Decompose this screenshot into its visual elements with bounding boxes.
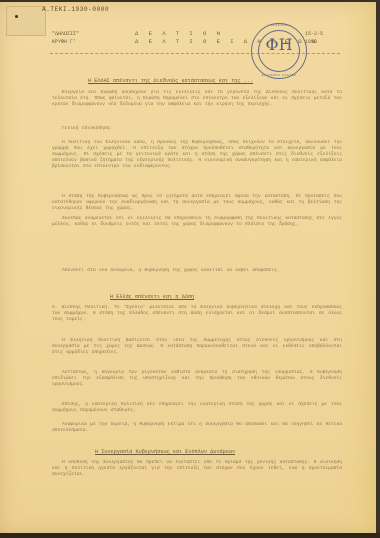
header-left-line-1: "ΔΗΛΩΣΙΣ": [52, 30, 79, 38]
section-title: Η ΕΛΛΑΣ απέναντι της Διεθνούς κατάστασεω…: [88, 78, 253, 84]
paragraph: Αναφορικά με την πορεία, η Κυβέρνηση εκτ…: [52, 422, 342, 446]
header-right-line-1: 15-2-5: [305, 30, 323, 38]
stamp-monogram-icon: ΦΗ: [252, 35, 306, 54]
archive-label: [6, 6, 46, 36]
header-right: 15-2-5 1950: [305, 30, 323, 46]
paragraph: Συνεπώς αναμένεται ότι οι εξελίξεις θα ε…: [52, 216, 342, 266]
paragraph: Η πολιτική του Ελληνικού λαού, η πρόοδος…: [52, 140, 342, 190]
header-left: "ΔΗΛΩΣΙΣ" ΚΡΥΦΗ Γ': [52, 30, 79, 46]
section-title: Η Ελλάς απέναντι και η Δύση: [110, 294, 194, 300]
archive-dot-icon: [15, 15, 18, 18]
document-page: A.TEKI.1930-0000 "ΔΗΛΩΣΙΣ" ΚΡΥΦΗ Γ' Δ Ε …: [0, 2, 376, 534]
paragraph: Η υπόθεση της Συνεργασίας θα πρέπει να ε…: [52, 460, 342, 486]
paragraph: Η στάση της Κυβερνήσεως ως προς τα ζητήμ…: [52, 194, 342, 212]
scan-bottom-edge: [0, 533, 380, 538]
paragraph: Απέναντι στα νέα δεδομένα, η Κυβέρνηση τ…: [52, 268, 342, 280]
archive-stamp: ΑΡΧΕΙΟΝ ΦΗ ΕΛΛΗΝΙΚΟ ΚΡΑΤΟΣ: [251, 23, 307, 79]
section-title: Η Συνεργασία Κυβερνήσεως και Ενόπλων Δυν…: [95, 449, 235, 455]
paragraph: Επίσης, η εσωτερική πολιτική δεν επηρεάζ…: [52, 402, 342, 420]
stamp-ring-top: ΑΡΧΕΙΟΝ: [252, 24, 306, 27]
header-right-line-2: 1950: [305, 38, 323, 46]
paragraph: Ενεργεια και Ευρώπη ανησυχούν για τις εξ…: [52, 90, 342, 122]
stamp-ring-bottom: ΕΛΛΗΝΙΚΟ ΚΡΑΤΟΣ: [252, 74, 306, 77]
paragraph: Η Ελληνική πολιτική βασίζεται στην ιδέα …: [52, 338, 342, 368]
paragraph: Αντιθέτως, η συγκυρία των γεγονότων καθι…: [52, 370, 342, 400]
header-left-line-2: ΚΡΥΦΗ Γ': [52, 38, 79, 46]
paragraph: Α. Διεθνής Πολιτική. Το "Σχέδιο" μελετάτ…: [52, 305, 342, 335]
archive-id: A.TEKI.1930-0000: [42, 6, 109, 13]
paragraph: Γενική επισκόπηση:: [52, 126, 342, 132]
